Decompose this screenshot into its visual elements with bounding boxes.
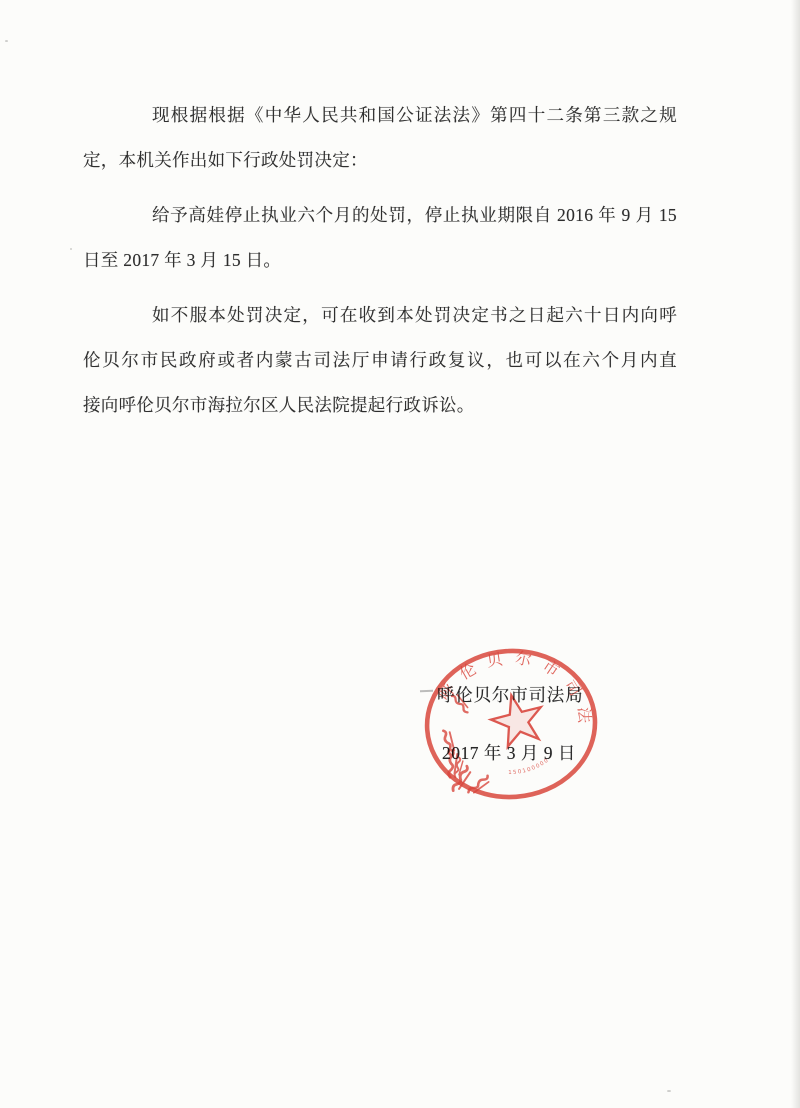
official-seal-stamp: 呼伦贝尔市司法局 15010000000 <box>416 640 606 807</box>
text-line: 接向呼伦贝尔市海拉尔区人民法院提起行政诉讼。 <box>83 383 677 428</box>
text-line: 给予高娃停止执业六个月的处罚，停止执业期限自 2016 年 9 月 15 <box>83 193 677 238</box>
paragraph: 给予高娃停止执业六个月的处罚，停止执业期限自 2016 年 9 月 15日至 2… <box>83 193 677 283</box>
paragraph: 如不服本处罚决定，可在收到本处罚决定书之日起六十日内向呼伦贝尔市民政府或者内蒙古… <box>83 293 677 428</box>
scan-speck <box>70 248 72 250</box>
text-line: 现根据根据《中华人民共和国公证法法》第四十二条第三款之规 <box>83 93 677 138</box>
seal-star-icon <box>489 693 543 747</box>
seal-mongolian-script <box>440 691 492 797</box>
paragraph: 现根据根据《中华人民共和国公证法法》第四十二条第三款之规定，本机关作出如下行政处… <box>83 93 677 183</box>
scan-speck <box>5 40 8 42</box>
text-line: 伦贝尔市民政府或者内蒙古司法厅申请行政复议，也可以在六个月内直 <box>83 338 677 383</box>
text-line: 日至 2017 年 3 月 15 日。 <box>83 238 677 283</box>
scanned-document-page: 现根据根据《中华人民共和国公证法法》第四十二条第三款之规定，本机关作出如下行政处… <box>0 0 800 1108</box>
text-line: 如不服本处罚决定，可在收到本处罚决定书之日起六十日内向呼 <box>83 293 677 338</box>
scan-speck <box>667 1090 671 1092</box>
scan-edge-shading <box>791 0 800 1108</box>
text-line: 定，本机关作出如下行政处罚决定： <box>83 138 677 183</box>
document-body: 现根据根据《中华人民共和国公证法法》第四十二条第三款之规定，本机关作出如下行政处… <box>83 93 677 438</box>
